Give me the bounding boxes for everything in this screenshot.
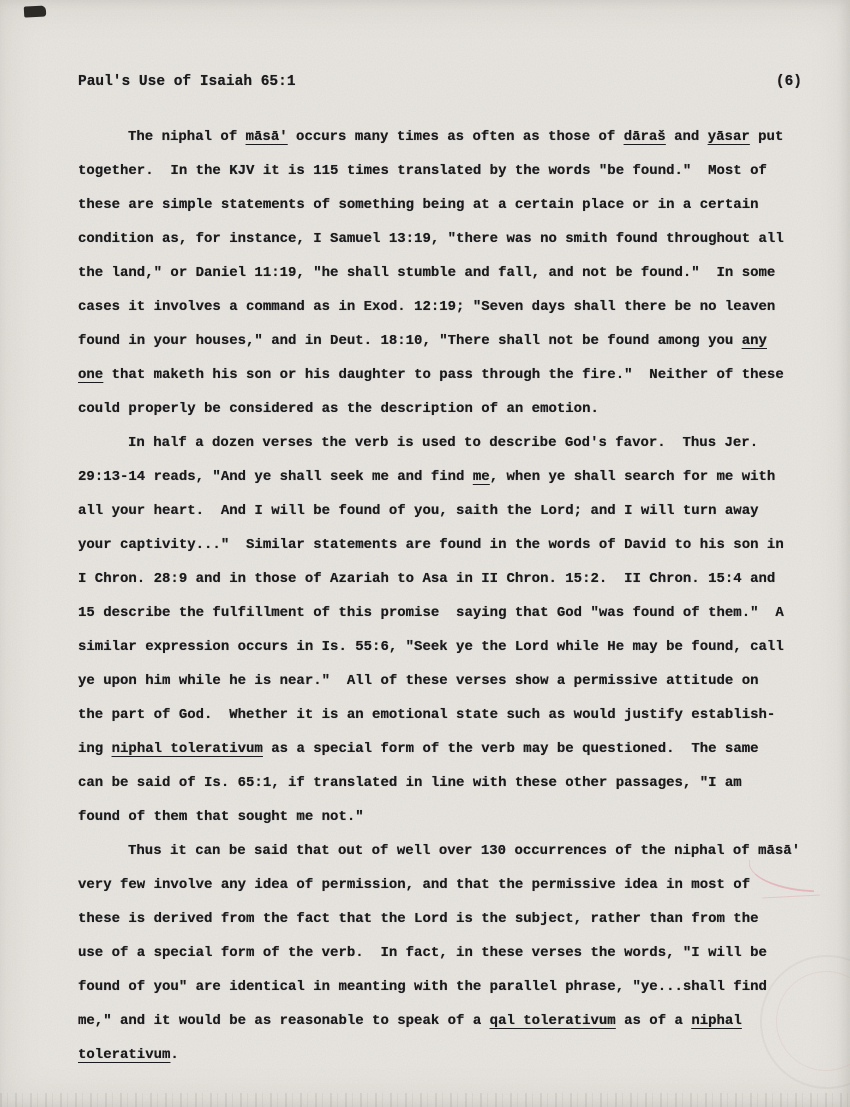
text-run: as a special form of the verb may be que… (263, 741, 759, 757)
text-run: I Chron. 28:9 and in those of Azariah to… (78, 571, 775, 587)
underlined-text: qal tolerativum (490, 1013, 616, 1029)
text-line: I Chron. 28:9 and in those of Azariah to… (78, 562, 802, 596)
text-run: occurs many times as often as those of (288, 129, 624, 145)
text-line: In half a dozen verses the verb is used … (78, 426, 802, 460)
document-page: Paul's Use of Isaiah 65:1 (6) The niphal… (0, 0, 850, 1107)
text-run: , when ye shall search for me with (490, 469, 776, 485)
document-body: The niphal of māsā' occurs many times as… (78, 120, 802, 1072)
underlined-text: dāraš (624, 129, 666, 145)
text-line: one that maketh his son or his daughter … (78, 358, 802, 392)
text-run: could properly be considered as the desc… (78, 401, 599, 417)
text-line: could properly be considered as the desc… (78, 392, 802, 426)
text-run: that maketh his son or his daughter to p… (103, 367, 784, 383)
text-run: the part of God. Whether it is an emotio… (78, 707, 775, 723)
page-number: (6) (776, 74, 802, 90)
text-run: all your heart. And I will be found of y… (78, 503, 759, 519)
text-run: put (750, 129, 784, 145)
text-line: together. In the KJV it is 115 times tra… (78, 154, 802, 188)
text-run: . (170, 1047, 178, 1063)
text-line: condition as, for instance, I Samuel 13:… (78, 222, 802, 256)
text-run: as of a (616, 1013, 692, 1029)
text-line: cases it involves a command as in Exod. … (78, 290, 802, 324)
text-line: these is derived from the fact that the … (78, 902, 802, 936)
underlined-text: niphal (691, 1013, 741, 1029)
paragraph: In half a dozen verses the verb is used … (78, 426, 802, 834)
text-line: all your heart. And I will be found of y… (78, 494, 802, 528)
page-header: Paul's Use of Isaiah 65:1 (6) (78, 74, 802, 90)
text-line: found of you" are identical in meanting … (78, 970, 802, 1004)
text-run: the land," or Daniel 11:19, "he shall st… (78, 265, 775, 281)
text-run: these is derived from the fact that the … (78, 911, 759, 927)
underlined-text: any (742, 333, 767, 349)
text-line: found of them that sought me not." (78, 800, 802, 834)
text-run: me," and it would be as reasonable to sp… (78, 1013, 490, 1029)
underlined-text: māsā' (246, 129, 288, 145)
text-line: 29:13-14 reads, "And ye shall seek me an… (78, 460, 802, 494)
text-run: your captivity..." Similar statements ar… (78, 537, 784, 553)
text-line: the part of God. Whether it is an emotio… (78, 698, 802, 732)
text-line: tolerativum. (78, 1038, 802, 1072)
text-line: similar expression occurs in Is. 55:6, "… (78, 630, 802, 664)
paragraph: Thus it can be said that out of well ove… (78, 834, 802, 1072)
text-run: cases it involves a command as in Exod. … (78, 299, 775, 315)
paragraph: The niphal of māsā' occurs many times as… (78, 120, 802, 426)
scan-edge-speckle (0, 1093, 850, 1107)
text-run: these are simple statements of something… (78, 197, 759, 213)
text-line: me," and it would be as reasonable to sp… (78, 1004, 802, 1038)
text-run: found of them that sought me not." (78, 809, 364, 825)
text-line: ing niphal tolerativum as a special form… (78, 732, 802, 766)
underlined-text: yāsar (708, 129, 750, 145)
text-run: In half a dozen verses the verb is used … (128, 435, 758, 451)
text-run: together. In the KJV it is 115 times tra… (78, 163, 767, 179)
text-line: 15 describe the fulfillment of this prom… (78, 596, 802, 630)
text-line: ye upon him while he is near." All of th… (78, 664, 802, 698)
text-run: condition as, for instance, I Samuel 13:… (78, 231, 784, 247)
text-line: The niphal of māsā' occurs many times as… (78, 120, 802, 154)
text-line: found in your houses," and in Deut. 18:1… (78, 324, 802, 358)
text-line: Thus it can be said that out of well ove… (78, 834, 802, 868)
text-line: these are simple statements of something… (78, 188, 802, 222)
text-run: 15 describe the fulfillment of this prom… (78, 605, 784, 621)
text-run: 29:13-14 reads, "And ye shall seek me an… (78, 469, 473, 485)
text-run: similar expression occurs in Is. 55:6, "… (78, 639, 784, 655)
text-run: found of you" are identical in meanting … (78, 979, 767, 995)
text-run: found in your houses," and in Deut. 18:1… (78, 333, 742, 349)
underlined-text: me (473, 469, 490, 485)
text-run: can be said of Is. 65:1, if translated i… (78, 775, 742, 791)
text-run: The niphal of (128, 129, 246, 145)
text-line: the land," or Daniel 11:19, "he shall st… (78, 256, 802, 290)
underlined-text: one (78, 367, 103, 383)
text-run: Thus it can be said that out of well ove… (128, 843, 800, 859)
underlined-text: niphal tolerativum (112, 741, 263, 757)
scan-corner-mark (24, 5, 47, 17)
text-run: use of a special form of the verb. In fa… (78, 945, 767, 961)
page-title: Paul's Use of Isaiah 65:1 (78, 74, 296, 90)
text-run: very few involve any idea of permission,… (78, 877, 750, 893)
text-run: ye upon him while he is near." All of th… (78, 673, 759, 689)
text-line: your captivity..." Similar statements ar… (78, 528, 802, 562)
text-line: can be said of Is. 65:1, if translated i… (78, 766, 802, 800)
text-line: use of a special form of the verb. In fa… (78, 936, 802, 970)
text-run: ing (78, 741, 112, 757)
text-line: very few involve any idea of permission,… (78, 868, 802, 902)
underlined-text: tolerativum (78, 1047, 170, 1063)
text-run: and (666, 129, 708, 145)
